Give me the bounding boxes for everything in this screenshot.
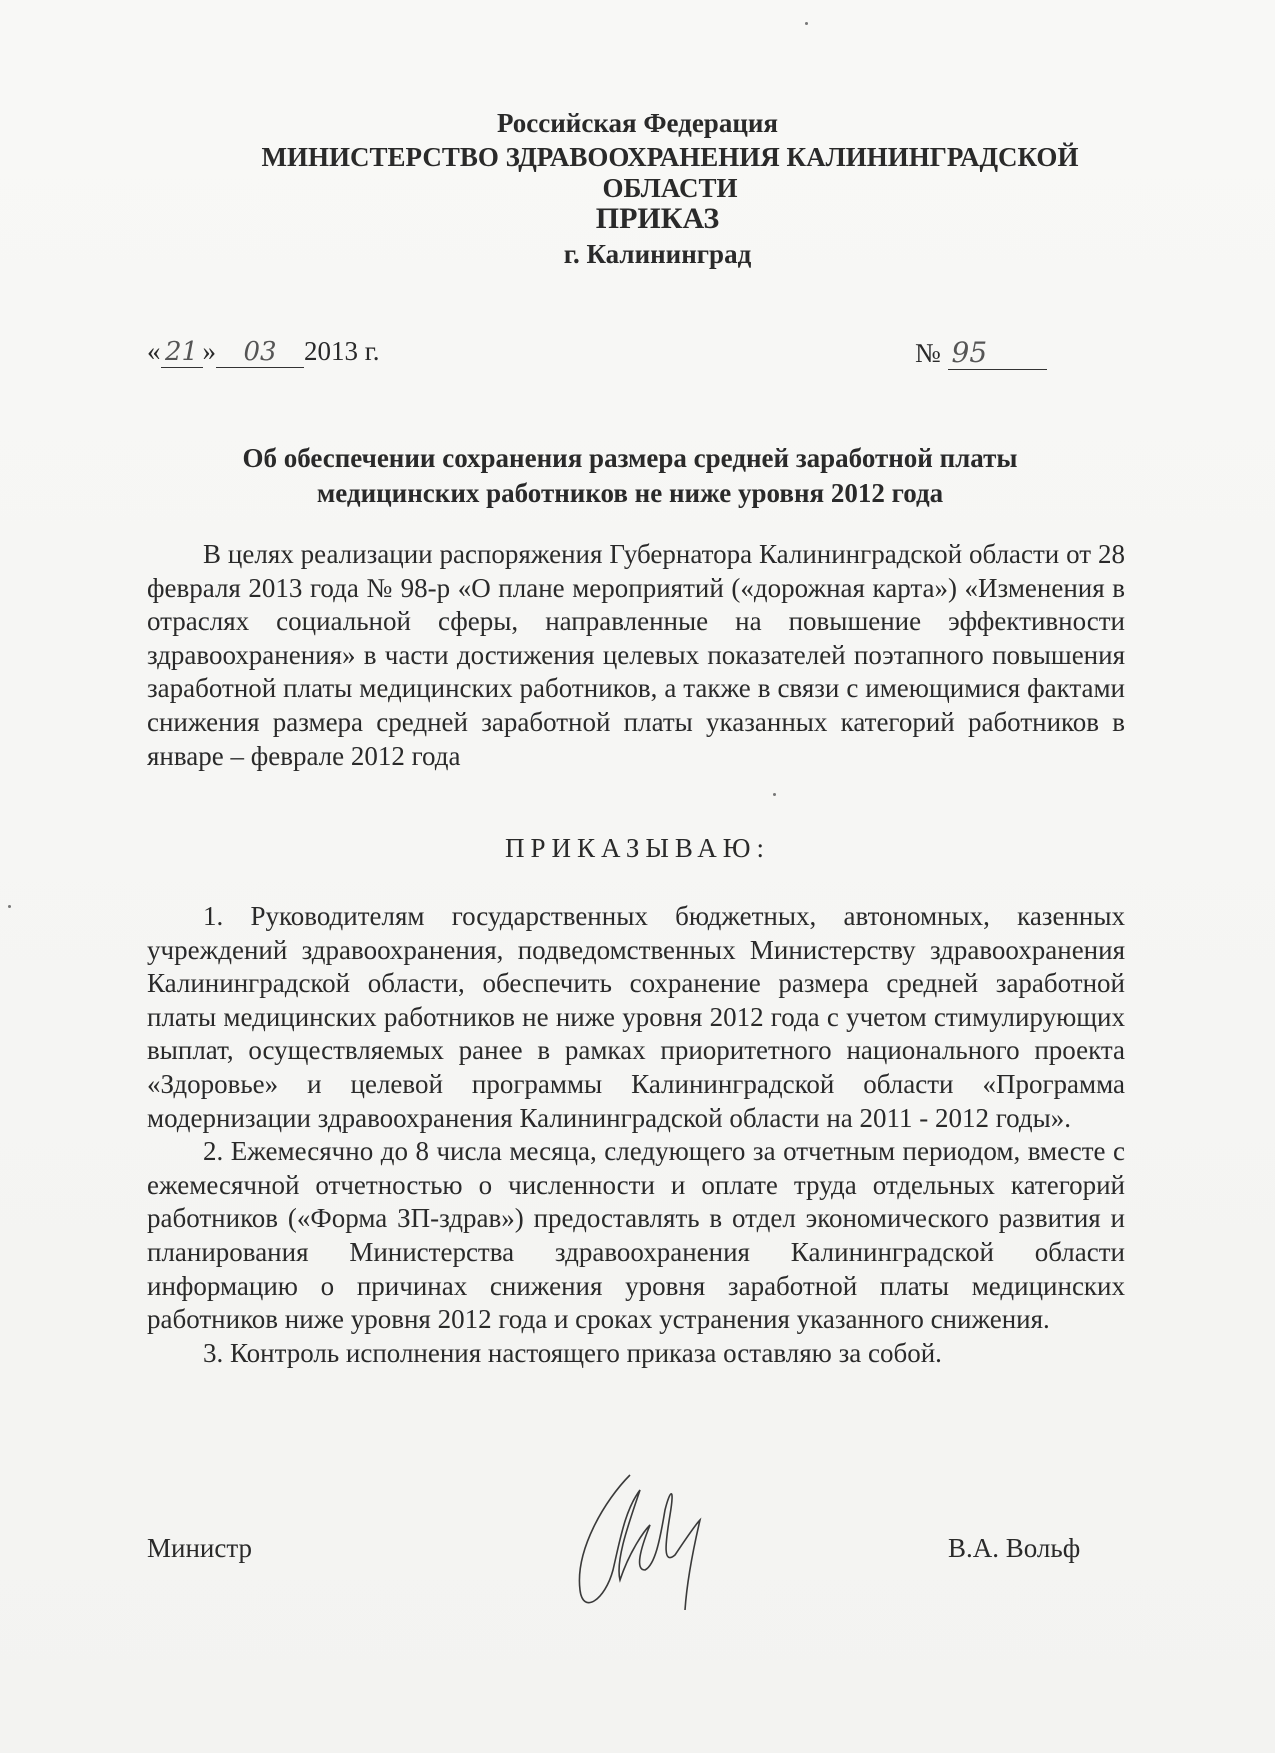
date-open-quote: «	[147, 336, 161, 366]
document-type-heading: ПРИКАЗ	[20, 202, 1275, 236]
order-item-3: 3. Контроль исполнения настоящего приказ…	[147, 1337, 1125, 1371]
title-line-2: медицинских работников не ниже уровня 20…	[130, 476, 1130, 511]
title-line-1: Об обеспечении сохранения размера средне…	[130, 441, 1130, 476]
date-close-quote: »	[203, 336, 217, 366]
handwritten-signature-icon	[535, 1470, 775, 1620]
order-item-2: 2. Ежемесячно до 8 числа месяца, следующ…	[147, 1135, 1125, 1337]
signatory-role: Министр	[147, 1533, 252, 1564]
document-title: Об обеспечении сохранения размера средне…	[130, 441, 1130, 511]
preamble-text: В целях реализации распоряжения Губернат…	[147, 538, 1125, 773]
country-heading: Российская Федерация	[0, 108, 1275, 139]
number-label: №	[915, 338, 941, 368]
date-line: «21»032013 г.	[147, 336, 380, 368]
signatory-name: В.А. Вольф	[948, 1533, 1080, 1564]
scan-speck	[805, 22, 808, 25]
date-year: 2013 г.	[304, 336, 380, 366]
scan-speck	[773, 793, 776, 796]
order-item-1: 1. Руководителям государственных бюджетн…	[147, 900, 1125, 1135]
ministry-heading: МИНИСТЕРСТВО ЗДРАВООХРАНЕНИЯ КАЛИНИНГРАД…	[220, 142, 1120, 204]
order-number-line: № 95	[915, 336, 1047, 370]
date-month-handwritten: 03	[216, 337, 304, 368]
scan-speck	[8, 905, 11, 908]
order-heading: ПРИКАЗЫВАЮ:	[0, 833, 1275, 864]
order-items: 1. Руководителям государственных бюджетн…	[147, 900, 1125, 1370]
order-number-handwritten: 95	[948, 336, 1047, 370]
document-page: Российская Федерация МИНИСТЕРСТВО ЗДРАВО…	[0, 0, 1275, 1753]
preamble: В целях реализации распоряжения Губернат…	[147, 538, 1125, 773]
date-day-handwritten: 21	[161, 337, 203, 368]
city-heading: г. Калининград	[20, 239, 1275, 270]
